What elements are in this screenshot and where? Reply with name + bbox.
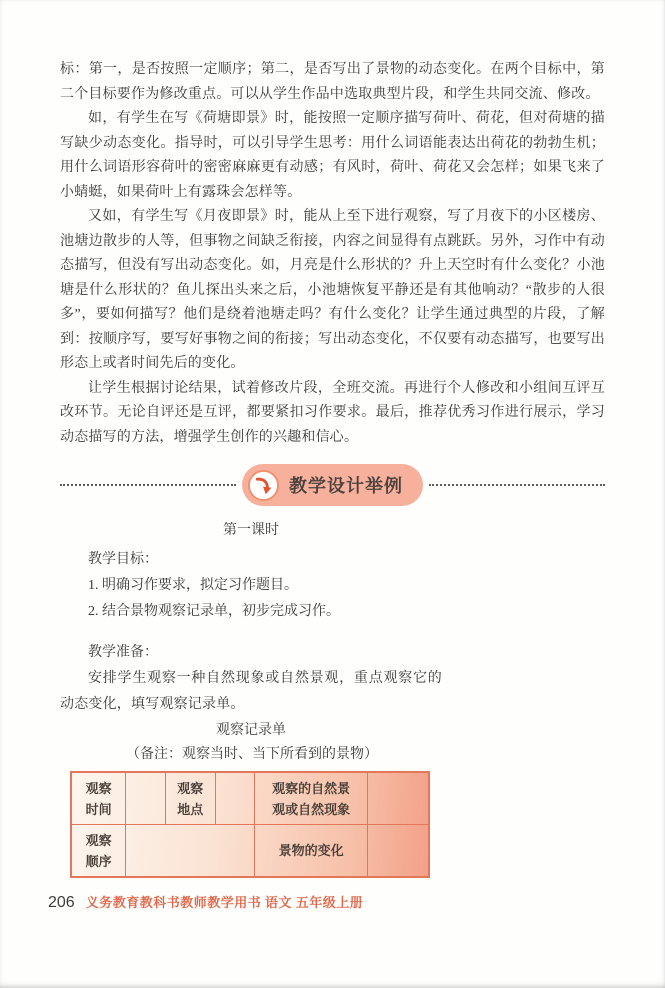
table-empty-cell xyxy=(215,772,255,825)
page-content: 标：第一，是否按照一定顺序；第二，是否写出了景物的动态变化。在两个目标中，第二个… xyxy=(0,0,665,878)
table-empty-cell xyxy=(126,772,166,825)
table-header-observe-order: 观察顺序 xyxy=(71,825,126,878)
table-header-observe-time: 观察时间 xyxy=(71,772,126,825)
record-sheet-title: 观察记录单 xyxy=(60,718,442,743)
table-header-observed-scene-label: 观察的自然景观或自然现象 xyxy=(272,778,351,820)
table-header-observe-order-label: 观察顺序 xyxy=(86,830,112,872)
curved-down-arrow-icon xyxy=(247,469,280,502)
table-empty-cell xyxy=(126,825,255,878)
record-sheet-note: （备注：观察当时、当下所看到的景物） xyxy=(60,743,442,767)
table-header-scene-change: 景物的变化 xyxy=(255,825,368,878)
table-empty-cell xyxy=(368,825,429,878)
page-footer: 206 义务教育教科书教师教学用书 语文 五年级上册 xyxy=(48,892,363,912)
book-page: 标：第一，是否按照一定顺序；第二，是否写出了景物的动态变化。在两个目标中，第二个… xyxy=(0,0,665,988)
body-paragraph: 让学生根据讨论结果，试着修改片段，全班交流。再进行个人修改和小组间互评互改环节。… xyxy=(60,377,605,451)
section-divider: 教学设计举例 xyxy=(60,463,605,507)
observation-record-table: 观察时间 观察地点 观察的自然景观或自然现象 观察顺序 景物的变化 xyxy=(70,771,430,878)
table-empty-cell xyxy=(368,772,429,825)
objectives-heading: 教学目标： xyxy=(60,547,442,573)
section-badge: 教学设计举例 xyxy=(242,464,423,506)
table-header-observe-time-label: 观察时间 xyxy=(86,778,112,820)
table-header-observe-place-label: 观察地点 xyxy=(177,778,203,820)
page-number: 206 xyxy=(48,894,75,912)
book-info: 义务教育教科书教师教学用书 语文 五年级上册 xyxy=(86,892,364,911)
dotted-rule-right xyxy=(429,484,605,486)
objective-item-2: 2. 结合景物观察记录单，初步完成习作。 xyxy=(60,599,442,625)
objective-item-1: 1. 明确习作要求，拟定习作题目。 xyxy=(60,573,442,599)
lesson-title: 第一课时 xyxy=(60,519,442,539)
body-paragraph: 标：第一，是否按照一定顺序；第二，是否写出了景物的动态变化。在两个目标中，第二个… xyxy=(60,58,605,107)
table-header-observe-place: 观察地点 xyxy=(165,772,215,825)
table-header-observed-scene: 观察的自然景观或自然现象 xyxy=(255,772,368,825)
body-paragraph: 又如，有学生写《月夜即景》时，能从上至下进行观察，写了月夜下的小区楼房、池塘边散… xyxy=(60,205,605,377)
preparation-text: 安排学生观察一种自然现象或自然景观，重点观察它的动态变化，填写观察记录单。 xyxy=(60,666,442,718)
dotted-rule-left xyxy=(60,484,236,486)
table-row: 观察顺序 景物的变化 xyxy=(71,825,429,878)
body-paragraph: 如，有学生在写《荷塘即景》时，能按照一定顺序描写荷叶、荷花，但对荷塘的描写缺少动… xyxy=(60,107,605,205)
preparation-heading: 教学准备： xyxy=(60,640,442,666)
lesson-block: 第一课时 教学目标： 1. 明确习作要求，拟定习作题目。 2. 结合景物观察记录… xyxy=(60,519,442,878)
section-badge-label: 教学设计举例 xyxy=(289,472,403,498)
table-row: 观察时间 观察地点 观察的自然景观或自然现象 xyxy=(71,772,429,825)
